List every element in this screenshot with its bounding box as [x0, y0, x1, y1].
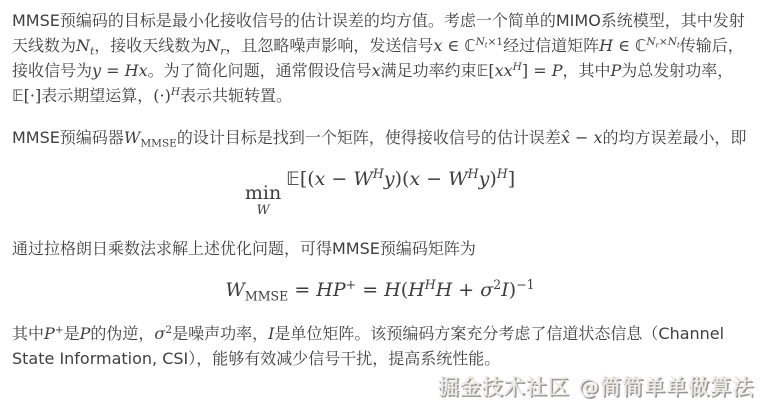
math-run: − [570, 128, 594, 147]
math-run: ] = [522, 61, 552, 80]
math-run: ] [508, 168, 515, 190]
math-run: + [55, 325, 64, 337]
text-run: 其中 [12, 324, 44, 343]
math-run: y [384, 168, 395, 190]
text-run: 是噪声功率， [172, 324, 268, 343]
math-run: H [436, 279, 453, 301]
math-run: W [225, 279, 245, 301]
math-run: ∈ [613, 36, 635, 55]
text-run: 的均方误差最小，即 [603, 128, 747, 147]
math-run: y [92, 61, 101, 80]
math-run: x̂ [561, 128, 570, 147]
math-run: MMSE [140, 138, 177, 150]
math-run: x [372, 61, 381, 80]
math-run: H [171, 86, 180, 98]
math-run: (·) [153, 86, 171, 105]
text-run: ，接收天线数为 [94, 36, 206, 55]
math-run: = [101, 61, 125, 80]
text-run: 的伪逆， [90, 324, 154, 343]
math-run: H [373, 166, 384, 181]
math-run: ℂ [464, 36, 475, 55]
math-run: ℂ [635, 36, 646, 55]
text-run: 满足功率约束 [381, 61, 477, 80]
math-run: N [76, 36, 90, 55]
math-run: W [448, 168, 468, 190]
formula-mmse-objective: minW𝔼[(x − WHy)(x − WHy)H] [12, 168, 748, 216]
math-min-operator: minW [245, 184, 281, 216]
math-run: Nr×Nt [646, 36, 679, 48]
math-run: I [501, 279, 509, 301]
math-run: )( [395, 168, 410, 190]
paragraph-lagrange: 通过拉格朗日乘数法求解上述优化问题，可得MMSE预编码矩阵为 [12, 236, 748, 261]
math-run: H [468, 166, 479, 181]
math-run: P [552, 61, 563, 80]
math-run: W [124, 128, 140, 147]
math-run: HP [316, 279, 345, 301]
math-run: 𝔼 [477, 61, 489, 80]
text-run: 。为了简化问题，通常假设信号 [148, 61, 372, 80]
math-run: N [206, 36, 220, 55]
math-run: H [513, 61, 522, 73]
document-page: MMSE预编码的目标是最小化接收信号的估计误差的均方值。考虑一个简单的MIMO系… [0, 0, 760, 404]
math-run: 𝔼 [12, 86, 24, 105]
text-run: 表示共轭转置。 [180, 86, 292, 105]
math-run: P [610, 61, 621, 80]
math-run: xx [495, 61, 513, 80]
math-run: MMSE [245, 289, 288, 304]
math-run: [( [300, 168, 315, 190]
math-run: y [479, 168, 490, 190]
text-run: 表示期望运算， [41, 86, 153, 105]
math-run: N [668, 36, 677, 48]
text-run: 是 [64, 324, 80, 343]
math-run: σ [154, 324, 165, 343]
text-run: ，其中 [562, 61, 610, 80]
math-run: Hx [125, 61, 148, 80]
math-run: ) [489, 168, 496, 190]
math-run: P [80, 324, 91, 343]
article: MMSE预编码的目标是最小化接收信号的估计误差的均方值。考虑一个简单的MIMO系… [12, 8, 748, 371]
math-run: × [659, 36, 668, 48]
text-run: 的设计目标是找到一个矩阵，使得接收信号的估计误差 [177, 128, 561, 147]
math-run: −1 [516, 278, 534, 293]
math-run: ×1 [488, 36, 504, 48]
math-run: x [409, 168, 420, 190]
math-run: H [497, 166, 508, 181]
math-run: − [325, 168, 353, 190]
paragraph-intro: MMSE预编码的目标是最小化接收信号的估计误差的均方值。考虑一个简单的MIMO系… [12, 8, 748, 108]
math-run: N [646, 36, 655, 48]
math-run: H [599, 36, 613, 55]
math-run: 𝔼 [286, 168, 300, 190]
math-run: − [420, 168, 448, 190]
paragraph-explanation: 其中P+是P的伪逆，σ2是噪声功率，I是单位矩阵。该预编码方案充分考虑了信道状态… [12, 321, 748, 371]
math-run: [·] [24, 86, 42, 105]
math-run: = [356, 279, 384, 301]
text-run: 为总发射功率， [621, 61, 733, 80]
text-run: 经过信道矩阵 [503, 36, 599, 55]
text-run: MMSE预编码器 [12, 128, 124, 147]
text-run: ，且忽略噪声影响，发送信号 [225, 36, 433, 55]
formula-mmse-solution: WMMSE = HP+ = H(HHH + σ2I)−1 [12, 279, 748, 301]
math-run: H [408, 279, 425, 301]
watermark: 掘金技术社区 @简简单单做算法 [438, 375, 754, 400]
math-run: N [476, 36, 485, 48]
paragraph-design-goal: MMSE预编码器WMMSE的设计目标是找到一个矩阵，使得接收信号的估计误差x̂ … [12, 125, 748, 150]
math-run: Nt×1 [476, 36, 504, 48]
math-run: = [288, 279, 316, 301]
math-run: W [353, 168, 373, 190]
math-run: ∈ [442, 36, 464, 55]
math-run: + [452, 279, 480, 301]
math-run: P [44, 324, 55, 343]
math-run: H [425, 278, 436, 293]
math-run: x [594, 128, 603, 147]
math-run: σ [480, 279, 493, 301]
math-run: H [384, 279, 401, 301]
math-run: x [315, 168, 326, 190]
math-run: + [346, 278, 357, 293]
text-run: 通过拉格朗日乘数法求解上述优化问题，可得MMSE预编码矩阵为 [12, 239, 476, 258]
